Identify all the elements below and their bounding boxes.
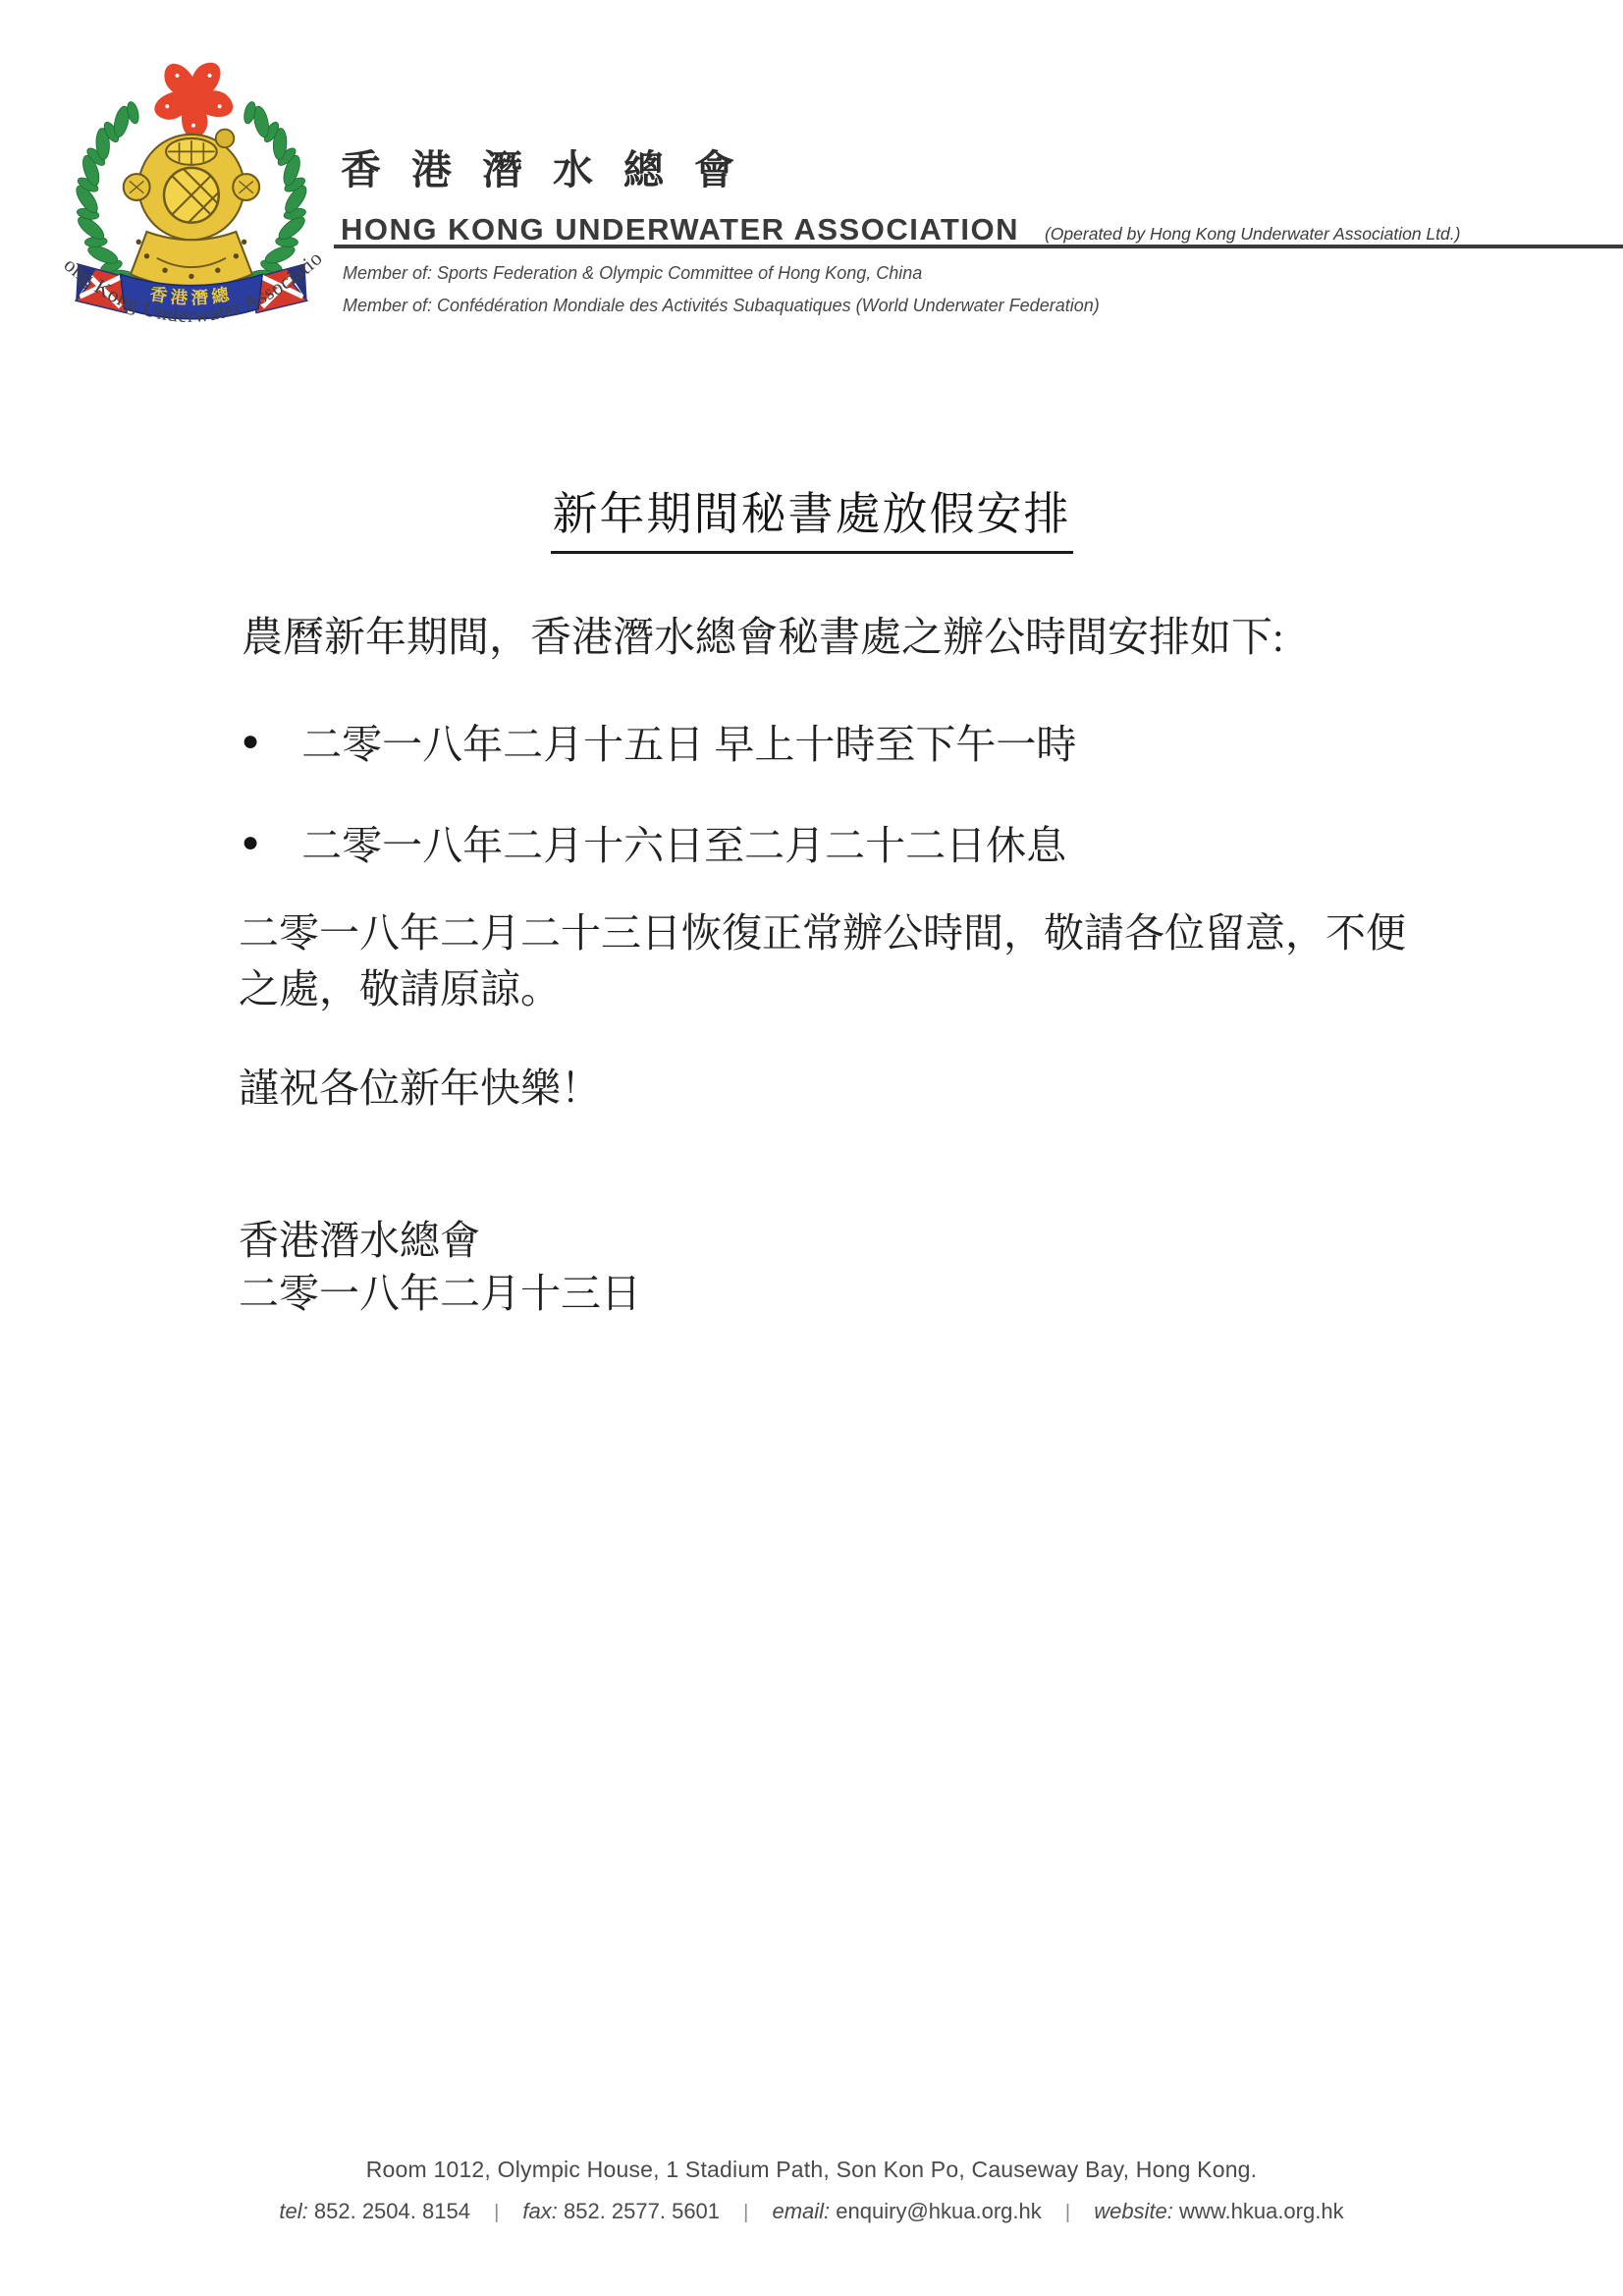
membership-list: Member of: Sports Federation & Olympic C… — [343, 257, 1100, 322]
hkua-crest-icon: 香港潛總 Hong Kong Underwater Association — [49, 47, 339, 356]
footer-contacts: tel: 852. 2504. 8154 | fax: 852. 2577. 5… — [0, 2199, 1623, 2224]
email-label: email: — [772, 2199, 830, 2223]
body-line: 二零一八年二月二十三日恢復正常辦公時間，敬請各位留意，不便 — [239, 905, 1406, 961]
bullet-item: ●二零一八年二月十六日至二月二十二日休息 — [242, 813, 1066, 871]
pipe-separator: | — [1048, 2202, 1088, 2223]
fax-label: fax: — [522, 2199, 557, 2223]
signature-organisation: 香港潛水總會 — [239, 1208, 480, 1266]
membership-line: Member of: Sports Federation & Olympic C… — [343, 257, 1100, 290]
bullet-item: ●二零一八年二月十五日 早上十時至下午一時 — [242, 712, 1076, 770]
pipe-separator: | — [726, 2202, 766, 2223]
greeting-line: 謹祝各位新年快樂！ — [239, 1056, 601, 1114]
intro-paragraph: 農曆新年期間，香港潛水總會秘書處之辦公時間安排如下: — [242, 605, 1284, 664]
diving-helmet-icon — [124, 130, 259, 288]
scanned-letter-page: 香港潛總 Hong Kong Underwater Association 香港… — [0, 0, 1623, 2296]
bullet-text: 二零一八年二月十六日至二月二十二日休息 — [301, 813, 1066, 871]
footer-address: Room 1012, Olympic House, 1 Stadium Path… — [0, 2157, 1623, 2183]
pipe-separator: | — [476, 2202, 516, 2223]
bullet-dot-icon: ● — [242, 725, 259, 758]
letterhead: 香港潛水總會 HONG KONG UNDERWATER ASSOCIATION … — [341, 137, 1460, 247]
signature-date: 二零一八年二月十三日 — [239, 1261, 641, 1319]
operated-by-note: (Operated by Hong Kong Underwater Associ… — [1045, 224, 1460, 245]
hkua-logo: 香港潛總 Hong Kong Underwater Association — [49, 47, 339, 356]
email-value: enquiry@hkua.org.hk — [836, 2199, 1041, 2223]
org-name-english: HONG KONG UNDERWATER ASSOCIATION — [341, 212, 1019, 247]
body-paragraph: 二零一八年二月二十三日恢復正常辦公時間，敬請各位留意，不便 之處，敬請原諒。 — [239, 905, 1406, 1017]
tel-label: tel: — [279, 2199, 307, 2223]
bullet-text: 二零一八年二月十五日 早上十時至下午一時 — [301, 712, 1076, 770]
website-label: website: — [1094, 2199, 1173, 2223]
body-line: 之處，敬請原諒。 — [239, 961, 1406, 1017]
membership-line: Member of: Confédération Mondiale des Ac… — [343, 290, 1100, 322]
tel-value: 852. 2504. 8154 — [314, 2199, 470, 2223]
org-name-chinese: 香港潛水總會 — [341, 137, 1460, 195]
website-value: www.hkua.org.hk — [1179, 2199, 1344, 2223]
letter-title: 新年期間秘書處放假安排 — [551, 478, 1073, 554]
fax-value: 852. 2577. 5601 — [564, 2199, 720, 2223]
bullet-dot-icon: ● — [242, 826, 259, 859]
header-divider — [334, 245, 1623, 248]
